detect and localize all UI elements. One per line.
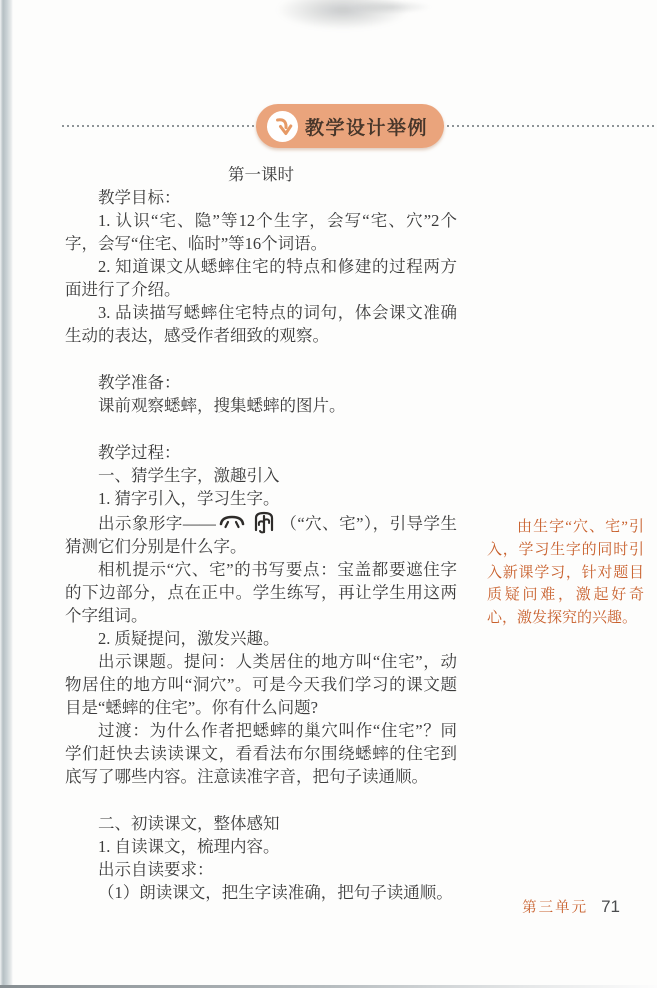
paragraph: 教学准备： <box>65 371 457 394</box>
paragraph-gap <box>65 417 457 441</box>
paragraph: 一、猜学生字，激趣引入 <box>65 464 457 487</box>
paragraph: 过渡：为什么作者把蟋蟀的巢穴叫作“住宅”？同学们赶快去读读课文，看看法布尔围绕蟋… <box>65 719 457 788</box>
paragraph: 出示课题。提问：人类居住的地方叫“住宅”，动物居住的地方叫“洞穴”。可是今天我们… <box>65 650 457 719</box>
paragraph-gap <box>65 788 457 812</box>
margin-annotation: 由生字“穴、宅”引入，学习生字的同时引入新课学习，针对题目质疑问难，激起好奇心，… <box>487 516 644 630</box>
paragraph: 相机提示“穴、宅”的书写要点：宝盖都要遮住字的下边部分，点在正中。学生练写，再让… <box>65 558 457 627</box>
paragraph: 出示自读要求： <box>65 858 457 881</box>
section-badge: 教学设计举例 <box>256 104 444 148</box>
paragraph: 课前观察蟋蟀，搜集蟋蟀的图片。 <box>65 394 457 417</box>
paragraph: 2. 知道课文从蟋蟀住宅的特点和修建的过程两方面进行了介绍。 <box>65 255 457 301</box>
scan-smudge-small <box>352 0 432 14</box>
paragraph: 教学目标： <box>65 186 457 209</box>
paragraph: 教学过程： <box>65 441 457 464</box>
oracle-script-xue-icon <box>219 510 245 534</box>
page-number: 71 <box>601 897 620 917</box>
main-text-column: 第一课时教学目标：1. 认识“宅、隐”等12个生字，会写“宅、穴”2个字，会写“… <box>65 163 457 904</box>
page-footer: 第三单元 71 <box>522 896 620 917</box>
scan-left-edge <box>0 0 13 988</box>
paragraph: （1）朗读课文，把生字读准确，把句子读通顺。 <box>65 881 457 904</box>
paragraph: 2. 质疑提问，激发兴趣。 <box>65 627 457 650</box>
paragraph: 1. 自读课文，梳理内容。 <box>65 835 457 858</box>
paragraph-gap <box>65 347 457 371</box>
paragraph: 二、初读课文，整体感知 <box>65 812 457 835</box>
section-badge-label: 教学设计举例 <box>305 113 428 140</box>
session-title: 第一课时 <box>65 163 457 186</box>
paragraph: 1. 猜字引入，学习生字。 <box>65 487 457 510</box>
paragraph: 出示象形字—— （“穴、宅”），引导学生猜测它们分别是什么字。 <box>65 510 457 558</box>
oracle-script-zhai-icon <box>251 510 277 534</box>
unit-label: 第三单元 <box>522 896 588 917</box>
textbook-page: 教学设计举例 第一课时教学目标：1. 认识“宅、隐”等12个生字，会写“宅、穴”… <box>0 0 657 988</box>
paragraph: 1. 认识“宅、隐”等12个生字，会写“宅、穴”2个字，会写“住宅、临时”等16… <box>65 209 457 255</box>
curved-down-arrow-icon <box>267 111 298 142</box>
paragraph: 3. 品读描写蟋蟀住宅特点的词句，体会课文准确生动的表达，感受作者细致的观察。 <box>65 301 457 347</box>
